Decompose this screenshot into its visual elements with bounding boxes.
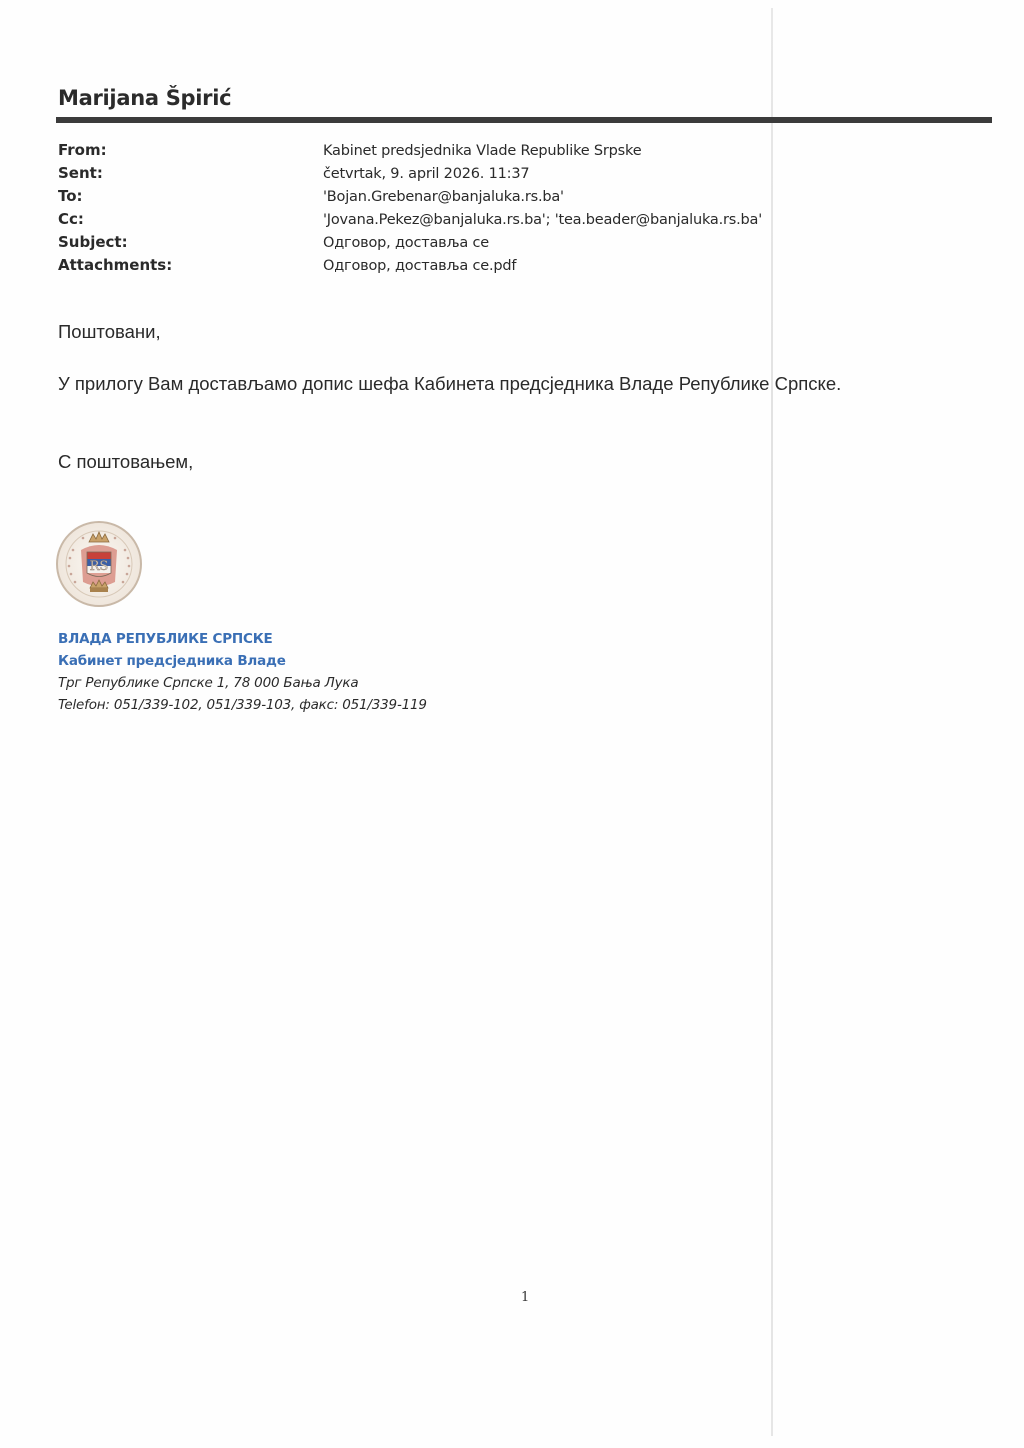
- email-closing: С поштовањем,: [58, 451, 193, 473]
- header-value-sent: četvrtak, 9. april 2026. 11:37: [323, 163, 529, 186]
- header-label: From:: [58, 139, 107, 162]
- header-label: Cc:: [58, 208, 84, 231]
- email-body-paragraph: У прилогу Вам достављамо допис шефа Каби…: [58, 373, 841, 395]
- header-label: Attachments:: [58, 254, 172, 277]
- header-divider: [56, 117, 992, 123]
- header-value-attachments: Одговор, доставља се.pdf: [323, 255, 516, 278]
- svg-text:RS: RS: [90, 559, 109, 574]
- email-greeting: Поштовани,: [58, 321, 161, 343]
- header-label: Sent:: [58, 162, 103, 185]
- page-number: 1: [521, 1290, 529, 1305]
- sender-name: Marijana Špirić: [58, 86, 231, 110]
- printed-email-page: Marijana Špirić From: Kabinet predsjedni…: [0, 0, 1024, 1448]
- header-value-to: 'Bojan.Grebenar@banjaluka.rs.ba': [323, 186, 564, 209]
- signature-address: Трг Републике Српске 1, 78 000 Бања Лука: [58, 675, 358, 691]
- header-value-from: Kabinet predsjednika Vlade Republike Srp…: [323, 140, 641, 163]
- header-value-subject: Одговор, доставља се: [323, 232, 489, 255]
- scanner-artifact-line: [771, 8, 773, 1436]
- header-label: To:: [58, 185, 83, 208]
- signature-phone: Telefoн: 051/339-102, 051/339-103, факс:…: [58, 697, 427, 713]
- header-value-cc: 'Jovana.Pekez@banjaluka.rs.ba'; 'tea.bea…: [323, 209, 762, 232]
- signature-organization: ВЛАДА РЕПУБЛИКЕ СРПСКЕ: [58, 631, 273, 647]
- header-label: Subject:: [58, 231, 128, 254]
- signature-office: Кабинет предсједника Владе: [58, 653, 286, 669]
- coat-of-arms-icon: RS: [55, 520, 143, 608]
